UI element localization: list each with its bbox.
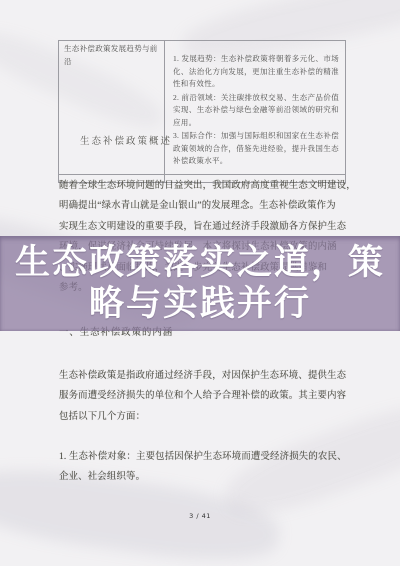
table-cell-topic: 生态补偿政策发展趋势与前沿 (59, 41, 165, 175)
summary-table: 生态补偿政策发展趋势与前沿 1. 发展趋势：生态补偿政策将朝着多元化、市场化、法… (58, 40, 346, 183)
table-topic-label: 生态补偿政策发展趋势与前沿 (64, 44, 158, 66)
table-detail-item: 3. 国际合作：加强与国际组织和国家在生态补偿政策领域的合作，借鉴先进经验，提升… (173, 130, 339, 168)
table-detail-item: 1. 发展趋势：生态补偿政策将朝着多元化、市场化、法治化方向发展，更加注重生态补… (173, 53, 339, 91)
table-row: 生态补偿政策发展趋势与前沿 1. 发展趋势：生态补偿政策将朝着多元化、市场化、法… (59, 41, 346, 175)
definition-paragraph: 生态补偿政策是指政府通过经济手段，对因保护生态环境、提供生态 服务而遭受经济损失… (59, 366, 349, 427)
title-banner: 生态政策落实之道，策 略与实践并行 (0, 236, 400, 331)
table-caption: 生态补偿政策概述 (80, 133, 172, 147)
table-cell-details: 1. 发展趋势：生态补偿政策将朝着多元化、市场化、法治化方向发展，更加注重生态补… (165, 41, 346, 175)
paragraph-line: 1. 生态补偿对象：主要包括因保护生态环境而遭受经济损失的农民、 (59, 447, 349, 467)
paragraph-line: 企业、社会组织等。 (59, 467, 349, 487)
list-item: 1. 生态补偿对象：主要包括因保护生态环境而遭受经济损失的农民、 企业、社会组织… (59, 447, 349, 488)
banner-title-line1: 生态政策落实之道，策 (15, 243, 385, 284)
paragraph-line: 服务而遭受经济损失的单位和个人给予合理补偿的政策。其主要内容 (59, 386, 349, 406)
paragraph-line: 明确提出“绿水青山就是金山银山”的发展理念。生态补偿政策作为 (59, 196, 349, 216)
paragraph-line: 包括以下几个方面： (59, 407, 349, 427)
banner-title-line2: 略与实践并行 (89, 284, 311, 325)
paragraph-line: 实现生态文明建设的重要手段，旨在通过经济手段激励各方保护生态 (59, 217, 349, 237)
paragraph-line: 随着全球生态环境问题的日益突出，我国政府高度重视生态文明建设， (59, 176, 349, 196)
paragraph-line: 生态补偿政策是指政府通过经济手段，对因保护生态环境、提供生态 (59, 366, 349, 386)
page-number: 3 / 41 (0, 512, 400, 520)
table-detail-item: 2. 前沿领域：关注碳排放权交易、生态产品价值实现、生态补偿与绿色金融等前沿领域… (173, 92, 339, 130)
